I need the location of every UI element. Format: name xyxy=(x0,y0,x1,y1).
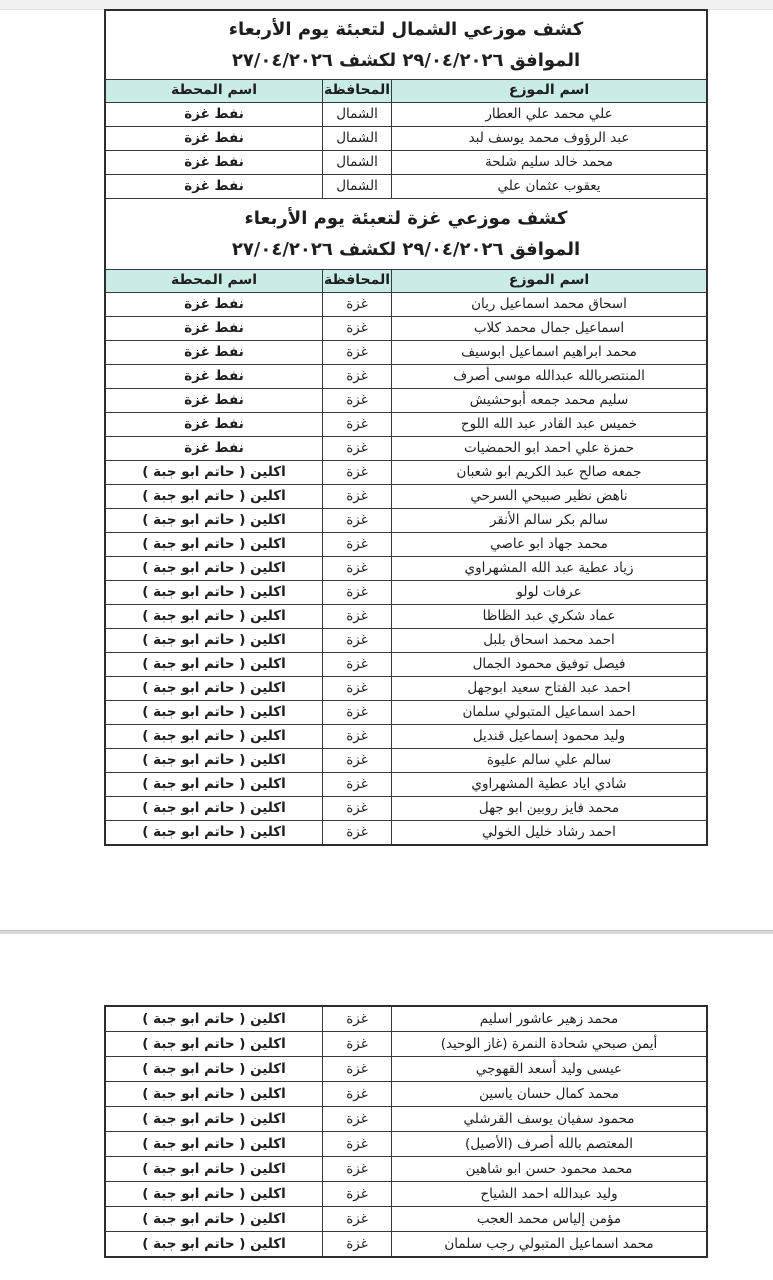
governorate-cell: غزة xyxy=(323,437,392,460)
table-row: محمد زهير عاشور اسليمغزةاكلين ( حاتم ابو… xyxy=(106,1007,706,1031)
distributor-cell: فيصل توفيق محمود الجمال xyxy=(392,653,706,676)
governorate-cell: غزة xyxy=(323,1007,392,1031)
governorate-cell: غزة xyxy=(323,389,392,412)
station-column-header: اسم المحطة xyxy=(106,270,323,292)
station-cell: اكلين ( حاتم ابو جبة ) xyxy=(106,461,323,484)
governorate-cell: غزة xyxy=(323,533,392,556)
distributor-cell: المنتصربالله عبدالله موسى أصرف xyxy=(392,365,706,388)
governorate-cell: غزة xyxy=(323,701,392,724)
table-row: محمد فايز روبين ابو جهلغزةاكلين ( حاتم ا… xyxy=(106,796,706,820)
governorate-cell: غزة xyxy=(323,1157,392,1181)
station-cell: اكلين ( حاتم ابو جبة ) xyxy=(106,1032,323,1056)
distributor-cell: زياد عطية عبد الله المشهراوي xyxy=(392,557,706,580)
table-row: علي محمد علي العطارالشمالنفط غزة xyxy=(106,103,706,126)
table-row: محمود سفيان يوسف القرشليغزةاكلين ( حاتم … xyxy=(106,1106,706,1131)
table-row: عرفات لولوغزةاكلين ( حاتم ابو جبة ) xyxy=(106,580,706,604)
gaza-continuation-table: محمد زهير عاشور اسليمغزةاكلين ( حاتم ابو… xyxy=(104,1005,708,1258)
table-row: محمد اسماعيل المتبولي رجب سلمانغزةاكلين … xyxy=(106,1231,706,1256)
governorate-cell: غزة xyxy=(323,509,392,532)
station-cell: اكلين ( حاتم ابو جبة ) xyxy=(106,797,323,820)
distributor-cell: عبد الرؤوف محمد يوسف لبد xyxy=(392,127,706,150)
station-cell: اكلين ( حاتم ابو جبة ) xyxy=(106,1207,323,1231)
north-title-line1: كشف موزعي الشمال لتعبئة يوم الأربعاء xyxy=(229,14,583,46)
station-cell: اكلين ( حاتم ابو جبة ) xyxy=(106,533,323,556)
table-row: المعتصم بالله أصرف (الأصيل)غزةاكلين ( حا… xyxy=(106,1131,706,1156)
table-row: سالم علي سالم عليوةغزةاكلين ( حاتم ابو ج… xyxy=(106,748,706,772)
gaza-section-title: كشف موزعي غزة لتعبئة يوم الأربعاء المواف… xyxy=(106,198,706,269)
distributor-cell: محمد اسماعيل المتبولي رجب سلمان xyxy=(392,1232,706,1256)
table-row: فيصل توفيق محمود الجمالغزةاكلين ( حاتم ا… xyxy=(106,652,706,676)
distributor-cell: محمد فايز روبين ابو جهل xyxy=(392,797,706,820)
station-cell: اكلين ( حاتم ابو جبة ) xyxy=(106,1157,323,1181)
north-rows: علي محمد علي العطارالشمالنفط غزةعبد الرؤ… xyxy=(106,102,706,198)
governorate-cell: غزة xyxy=(323,461,392,484)
table-row: محمد محمود حسن ابو شاهينغزةاكلين ( حاتم … xyxy=(106,1156,706,1181)
distributor-cell: احمد محمد اسحاق بلبل xyxy=(392,629,706,652)
table-row: سليم محمد جمعه أبوحشيشغزةنفط غزة xyxy=(106,388,706,412)
distributor-cell: محمود سفيان يوسف القرشلي xyxy=(392,1107,706,1131)
station-cell: اكلين ( حاتم ابو جبة ) xyxy=(106,1232,323,1256)
station-cell: اكلين ( حاتم ابو جبة ) xyxy=(106,1082,323,1106)
governorate-column-header: المحافظة xyxy=(323,270,392,292)
north-title-line2: الموافق ٢٩/٠٤/٢٠٢٦ لكشف ٢٧/٠٤/٢٠٢٦ xyxy=(232,45,580,77)
table-row: زياد عطية عبد الله المشهراويغزةاكلين ( ح… xyxy=(106,556,706,580)
distributor-cell: يعقوب عثمان علي xyxy=(392,175,706,198)
station-cell: نفط غزة xyxy=(106,175,323,198)
gaza-title-line1: كشف موزعي غزة لتعبئة يوم الأربعاء xyxy=(245,203,568,235)
table-row: اسحاق محمد اسماعيل ريانغزةنفط غزة xyxy=(106,293,706,316)
distributor-cell: عرفات لولو xyxy=(392,581,706,604)
gaza-rows: اسحاق محمد اسماعيل ريانغزةنفط غزةاسماعيل… xyxy=(106,292,706,844)
distributor-column-header: اسم الموزع xyxy=(392,80,706,102)
governorate-cell: غزة xyxy=(323,1207,392,1231)
station-cell: اكلين ( حاتم ابو جبة ) xyxy=(106,1007,323,1031)
table-row: احمد عبد الفتاح سعيد ابوجهلغزةاكلين ( حا… xyxy=(106,676,706,700)
table-row: خميس عبد القادر عبد الله اللوحغزةنفط غزة xyxy=(106,412,706,436)
distributor-cell: علي محمد علي العطار xyxy=(392,103,706,126)
distributor-cell: عماد شكري عبد الظاظا xyxy=(392,605,706,628)
distributor-cell: محمد جهاد ابو عاصي xyxy=(392,533,706,556)
table-row: محمد كمال حسان ياسينغزةاكلين ( حاتم ابو … xyxy=(106,1081,706,1106)
table-row: عماد شكري عبد الظاظاغزةاكلين ( حاتم ابو … xyxy=(106,604,706,628)
distributor-cell: محمد ابراهيم اسماعيل ابوسيف xyxy=(392,341,706,364)
north-header-row: اسم الموزع المحافظة اسم المحطة xyxy=(106,79,706,102)
page-break-line xyxy=(0,930,773,934)
table-row: احمد محمد اسحاق بلبلغزةاكلين ( حاتم ابو … xyxy=(106,628,706,652)
station-cell: اكلين ( حاتم ابو جبة ) xyxy=(106,773,323,796)
distributor-cell: وليد محمود إسماعيل قنديل xyxy=(392,725,706,748)
governorate-cell: غزة xyxy=(323,581,392,604)
distributor-cell: سالم بكر سالم الأنقر xyxy=(392,509,706,532)
governorate-cell: الشمال xyxy=(323,151,392,174)
table-row: سالم بكر سالم الأنقرغزةاكلين ( حاتم ابو … xyxy=(106,508,706,532)
distributor-cell: سالم علي سالم عليوة xyxy=(392,749,706,772)
station-cell: نفط غزة xyxy=(106,103,323,126)
distributor-cell: المعتصم بالله أصرف (الأصيل) xyxy=(392,1132,706,1156)
station-cell: نفط غزة xyxy=(106,293,323,316)
table-row: يعقوب عثمان عليالشمالنفط غزة xyxy=(106,174,706,198)
distributor-cell: خميس عبد القادر عبد الله اللوح xyxy=(392,413,706,436)
governorate-cell: غزة xyxy=(323,1132,392,1156)
gaza-header-row: اسم الموزع المحافظة اسم المحطة xyxy=(106,269,706,292)
distributor-cell: جمعه صالح عبد الكريم ابو شعبان xyxy=(392,461,706,484)
governorate-cell: غزة xyxy=(323,365,392,388)
distributor-cell: حمزة علي احمد ابو الحمضيات xyxy=(392,437,706,460)
governorate-column-header: المحافظة xyxy=(323,80,392,102)
governorate-cell: غزة xyxy=(323,653,392,676)
governorate-cell: الشمال xyxy=(323,127,392,150)
distributor-cell: محمد خالد سليم شلحة xyxy=(392,151,706,174)
distributor-cell: اسماعيل جمال محمد كلاب xyxy=(392,317,706,340)
distributor-cell: اسحاق محمد اسماعيل ريان xyxy=(392,293,706,316)
distribution-tables: كشف موزعي الشمال لتعبئة يوم الأربعاء الم… xyxy=(104,9,708,846)
distributor-cell: محمد كمال حسان ياسين xyxy=(392,1082,706,1106)
distributor-cell: محمد محمود حسن ابو شاهين xyxy=(392,1157,706,1181)
table-row: وليد محمود إسماعيل قنديلغزةاكلين ( حاتم … xyxy=(106,724,706,748)
table-row: احمد رشاد خليل الخوليغزةاكلين ( حاتم ابو… xyxy=(106,820,706,844)
station-cell: اكلين ( حاتم ابو جبة ) xyxy=(106,725,323,748)
governorate-cell: غزة xyxy=(323,341,392,364)
gaza-continuation-rows: محمد زهير عاشور اسليمغزةاكلين ( حاتم ابو… xyxy=(106,1007,706,1256)
governorate-cell: غزة xyxy=(323,725,392,748)
station-cell: اكلين ( حاتم ابو جبة ) xyxy=(106,701,323,724)
table-row: احمد اسماعيل المتبولي سلمانغزةاكلين ( حا… xyxy=(106,700,706,724)
station-cell: اكلين ( حاتم ابو جبة ) xyxy=(106,821,323,844)
table-row: ناهض نظير صبيحي السرحيغزةاكلين ( حاتم اب… xyxy=(106,484,706,508)
table-row: مؤمن إلياس محمد العجبغزةاكلين ( حاتم ابو… xyxy=(106,1206,706,1231)
governorate-cell: غزة xyxy=(323,1232,392,1256)
governorate-cell: غزة xyxy=(323,1182,392,1206)
governorate-cell: غزة xyxy=(323,557,392,580)
station-cell: اكلين ( حاتم ابو جبة ) xyxy=(106,485,323,508)
governorate-cell: غزة xyxy=(323,749,392,772)
governorate-cell: غزة xyxy=(323,1032,392,1056)
table-row: أيمن صبحي شحادة النمرة (غاز الوحيد)غزةاك… xyxy=(106,1031,706,1056)
station-cell: اكلين ( حاتم ابو جبة ) xyxy=(106,1107,323,1131)
station-cell: اكلين ( حاتم ابو جبة ) xyxy=(106,509,323,532)
table-row: شادي اياد عطية المشهراويغزةاكلين ( حاتم … xyxy=(106,772,706,796)
station-cell: نفط غزة xyxy=(106,341,323,364)
distributor-cell: عيسى وليد أسعد القهوجي xyxy=(392,1057,706,1081)
station-cell: نفط غزة xyxy=(106,151,323,174)
station-cell: نفط غزة xyxy=(106,389,323,412)
station-cell: اكلين ( حاتم ابو جبة ) xyxy=(106,1132,323,1156)
table-row: عبد الرؤوف محمد يوسف لبدالشمالنفط غزة xyxy=(106,126,706,150)
distributor-cell: أيمن صبحي شحادة النمرة (غاز الوحيد) xyxy=(392,1032,706,1056)
station-cell: اكلين ( حاتم ابو جبة ) xyxy=(106,629,323,652)
distributor-cell: مؤمن إلياس محمد العجب xyxy=(392,1207,706,1231)
governorate-cell: الشمال xyxy=(323,103,392,126)
governorate-cell: غزة xyxy=(323,293,392,316)
distributor-cell: وليد عبدالله احمد الشياح xyxy=(392,1182,706,1206)
table-row: حمزة علي احمد ابو الحمضياتغزةنفط غزة xyxy=(106,436,706,460)
station-column-header: اسم المحطة xyxy=(106,80,323,102)
table-row: اسماعيل جمال محمد كلابغزةنفط غزة xyxy=(106,316,706,340)
table-row: المنتصربالله عبدالله موسى أصرفغزةنفط غزة xyxy=(106,364,706,388)
station-cell: نفط غزة xyxy=(106,437,323,460)
governorate-cell: غزة xyxy=(323,629,392,652)
table-row: جمعه صالح عبد الكريم ابو شعبانغزةاكلين (… xyxy=(106,460,706,484)
governorate-cell: غزة xyxy=(323,1107,392,1131)
distributor-cell: ناهض نظير صبيحي السرحي xyxy=(392,485,706,508)
governorate-cell: غزة xyxy=(323,605,392,628)
table-row: وليد عبدالله احمد الشياحغزةاكلين ( حاتم … xyxy=(106,1181,706,1206)
table-row: عيسى وليد أسعد القهوجيغزةاكلين ( حاتم اب… xyxy=(106,1056,706,1081)
station-cell: اكلين ( حاتم ابو جبة ) xyxy=(106,749,323,772)
distributor-cell: احمد عبد الفتاح سعيد ابوجهل xyxy=(392,677,706,700)
distributor-cell: محمد زهير عاشور اسليم xyxy=(392,1007,706,1031)
governorate-cell: غزة xyxy=(323,821,392,844)
governorate-cell: غزة xyxy=(323,1082,392,1106)
distributor-cell: سليم محمد جمعه أبوحشيش xyxy=(392,389,706,412)
governorate-cell: غزة xyxy=(323,1057,392,1081)
station-cell: نفط غزة xyxy=(106,413,323,436)
governorate-cell: غزة xyxy=(323,317,392,340)
distributor-column-header: اسم الموزع xyxy=(392,270,706,292)
table-row: محمد خالد سليم شلحةالشمالنفط غزة xyxy=(106,150,706,174)
gaza-title-line2: الموافق ٢٩/٠٤/٢٠٢٦ لكشف ٢٧/٠٤/٢٠٢٦ xyxy=(232,234,580,266)
station-cell: اكلين ( حاتم ابو جبة ) xyxy=(106,557,323,580)
governorate-cell: الشمال xyxy=(323,175,392,198)
governorate-cell: غزة xyxy=(323,413,392,436)
governorate-cell: غزة xyxy=(323,773,392,796)
station-cell: نفط غزة xyxy=(106,127,323,150)
station-cell: اكلين ( حاتم ابو جبة ) xyxy=(106,605,323,628)
governorate-cell: غزة xyxy=(323,485,392,508)
governorate-cell: غزة xyxy=(323,677,392,700)
table-row: محمد ابراهيم اسماعيل ابوسيفغزةنفط غزة xyxy=(106,340,706,364)
station-cell: اكلين ( حاتم ابو جبة ) xyxy=(106,1182,323,1206)
distributor-cell: احمد رشاد خليل الخولي xyxy=(392,821,706,844)
station-cell: اكلين ( حاتم ابو جبة ) xyxy=(106,653,323,676)
station-cell: نفط غزة xyxy=(106,317,323,340)
station-cell: نفط غزة xyxy=(106,365,323,388)
distributor-cell: احمد اسماعيل المتبولي سلمان xyxy=(392,701,706,724)
north-section-title: كشف موزعي الشمال لتعبئة يوم الأربعاء الم… xyxy=(106,11,706,79)
governorate-cell: غزة xyxy=(323,797,392,820)
distributor-cell: شادي اياد عطية المشهراوي xyxy=(392,773,706,796)
station-cell: اكلين ( حاتم ابو جبة ) xyxy=(106,581,323,604)
station-cell: اكلين ( حاتم ابو جبة ) xyxy=(106,677,323,700)
station-cell: اكلين ( حاتم ابو جبة ) xyxy=(106,1057,323,1081)
table-row: محمد جهاد ابو عاصيغزةاكلين ( حاتم ابو جب… xyxy=(106,532,706,556)
